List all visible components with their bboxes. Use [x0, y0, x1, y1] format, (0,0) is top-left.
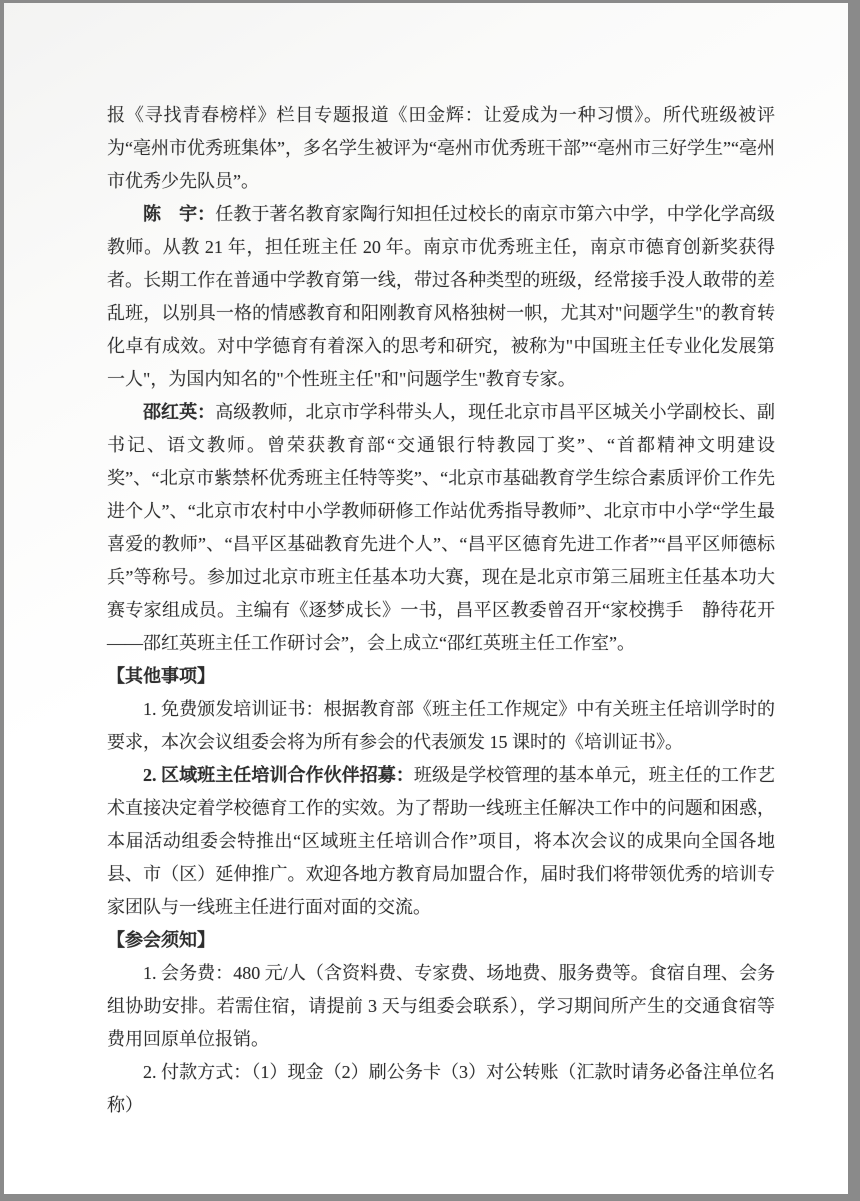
- paragraph: 2. 区域班主任培训合作伙伴招募：班级是学校管理的基本单元，班主任的工作艺术直接…: [107, 759, 775, 924]
- paragraph-text: 班级是学校管理的基本单元，班主任的工作艺术直接决定着学校德育工作的实效。为了帮助…: [107, 765, 775, 917]
- paragraph: 报《寻找青春榜样》栏目专题报道《田金辉：让爱成为一种习惯》。所代班级被评为“亳州…: [107, 99, 775, 198]
- paragraph: 1. 会务费：480 元/人（含资料费、专家费、场地费、服务费等。食宿自理、会务…: [107, 957, 775, 1056]
- paragraph-text: 任教于著名教育家陶行知担任过校长的南京市第六中学，中学化学高级教师。从教 21 …: [107, 204, 775, 389]
- document-page: 报《寻找青春榜样》栏目专题报道《田金辉：让爱成为一种习惯》。所代班级被评为“亳州…: [0, 0, 860, 1201]
- document-content: 报《寻找青春榜样》栏目专题报道《田金辉：让爱成为一种习惯》。所代班级被评为“亳州…: [107, 99, 775, 1122]
- paragraph-text: 高级教师，北京市学科带头人，现任北京市昌平区城关小学副校长、副书记、语文教师。曾…: [107, 402, 775, 653]
- scan-border-left: [0, 0, 4, 1201]
- paragraph: 2. 付款方式：（1）现金（2）刷公务卡（3）对公转账（汇款时请务必备注单位名称…: [107, 1056, 775, 1122]
- paragraph-lead: 2. 区域班主任培训合作伙伴招募：: [143, 765, 414, 785]
- paragraph: 邵红英：高级教师，北京市学科带头人，现任北京市昌平区城关小学副校长、副书记、语文…: [107, 396, 775, 660]
- scan-border-bottom: [0, 1194, 860, 1201]
- section-heading: 【其他事项】: [107, 660, 775, 693]
- scan-border-right: [848, 0, 860, 1201]
- paragraph-lead: 陈 宇：: [143, 204, 215, 224]
- section-heading: 【参会须知】: [107, 924, 775, 957]
- paragraph-lead: 邵红英：: [143, 402, 215, 422]
- scan-border-top: [0, 0, 860, 3]
- paragraph: 1. 免费颁发培训证书：根据教育部《班主任工作规定》中有关班主任培训学时的要求，…: [107, 693, 775, 759]
- paragraph: 陈 宇：任教于著名教育家陶行知担任过校长的南京市第六中学，中学化学高级教师。从教…: [107, 198, 775, 396]
